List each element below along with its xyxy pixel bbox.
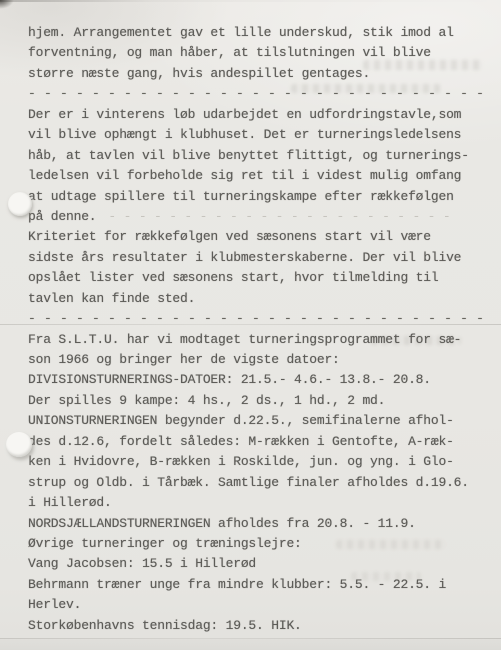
text-line: hjem. Arrangementet gav et lille undersk…: [28, 23, 493, 43]
text-line-content: hjem. Arrangementet gav et lille undersk…: [28, 25, 454, 40]
text-line: ken i Hvidovre, B-rækken i Roskilde, jun…: [28, 452, 493, 472]
text-line: på denne.- - - - - - - - - - - - - - - -…: [28, 207, 493, 227]
text-line: Kriteriet for rækkefølgen ved sæsonens s…: [28, 227, 493, 247]
text-line: DIVISIONSTURNERINGS-DATOER: 21.5.- 4.6.-…: [28, 370, 493, 390]
dashed-separator: - - - - - - - - - - - - - - - - - - - - …: [28, 309, 493, 329]
text-line-content: strup og Oldb. i Tårbæk. Samtlige finale…: [28, 475, 469, 490]
text-line: håb, at tavlen vil blive benyttet flitti…: [28, 146, 493, 166]
punch-hole-top: [8, 192, 32, 216]
text-line-content: forventning, og man håber, at tilslutnin…: [28, 45, 431, 60]
page-top-edge-shadow: [0, 0, 501, 2]
text-line: Øvrige turneringer og træningslejre:: [28, 534, 493, 554]
text-line-content: i Hillerød.: [28, 495, 112, 510]
text-line: son 1966 og bringer her de vigste datoer…: [28, 350, 493, 370]
punch-hole-bottom: [6, 432, 32, 457]
text-line: at udtage spillere til turneringskampe e…: [28, 187, 493, 207]
text-line-content: ledelsen vil forbeholde sig ret til i vi…: [28, 168, 461, 183]
text-line: vil blive ophængt i klubhuset. Det er tu…: [28, 125, 493, 145]
text-line: des d.12.6, fordelt således: M-rækken i …: [28, 432, 493, 452]
text-line-content: ken i Hvidovre, B-rækken i Roskilde, jun…: [28, 454, 454, 469]
text-line: sidste års resultater i klubmesterskaber…: [28, 248, 493, 268]
text-line-content: at udtage spillere til turneringskampe e…: [28, 189, 454, 204]
text-line-content: des d.12.6, fordelt således: M-rækken i …: [28, 434, 454, 449]
text-line: NORDSJÆLLANDSTURNERINGEN afholdes fra 20…: [28, 514, 493, 534]
text-line-content: Herlev.: [28, 597, 81, 612]
text-line-content: Der spilles 9 kampe: 4 hs., 2 ds., 1 hd.…: [28, 393, 385, 408]
text-line-content: Behrmann træner unge fra mindre klubber:…: [28, 577, 446, 592]
text-line: Storkøbenhavns tennisdag: 19.5. HIK.: [28, 616, 493, 636]
text-line-content: håb, at tavlen vil blive benyttet flitti…: [28, 148, 469, 163]
text-line-content: sidste års resultater i klubmesterskaber…: [28, 250, 461, 265]
text-line: Der er i vinterens løb udarbejdet en udf…: [28, 105, 493, 125]
text-line: større næste gang, hvis andespillet gent…: [28, 64, 493, 84]
text-line-content: son 1966 og bringer her de vigste datoer…: [28, 352, 340, 367]
text-line-content: Kriteriet for rækkefølgen ved sæsonens s…: [28, 229, 431, 244]
text-line: strup og Oldb. i Tårbæk. Samtlige finale…: [28, 473, 493, 493]
text-line: forventning, og man håber, at tilslutnin…: [28, 43, 493, 63]
text-line-content: opslået lister ved sæsonens start, hvor …: [28, 270, 438, 285]
typewritten-text-block: hjem. Arrangementet gav et lille undersk…: [28, 23, 493, 636]
text-line-content: DIVISIONSTURNERINGS-DATOER: 21.5.- 4.6.-…: [28, 372, 431, 387]
dashed-separator-glyphs: - - - - - - - - - - - - - - - - - - - - …: [28, 86, 484, 101]
text-line-content: Vang Jacobsen: 15.5 i Hillerød: [28, 556, 256, 571]
text-line: Der spilles 9 kampe: 4 hs., 2 ds., 1 hd.…: [28, 391, 493, 411]
text-line-content: Fra S.L.T.U. har vi modtaget turneringsp…: [28, 332, 461, 347]
text-line: Vang Jacobsen: 15.5 i Hillerød: [28, 554, 493, 574]
text-line: i Hillerød.: [28, 493, 493, 513]
text-line-content: Der er i vinterens løb udarbejdet en udf…: [28, 107, 461, 122]
text-line-content: Øvrige turneringer og træningslejre:: [28, 536, 302, 551]
faint-dashed-separator: - - - - - - - - - - - - - - - - - - - - …: [108, 209, 450, 224]
text-line: ledelsen vil forbeholde sig ret til i vi…: [28, 166, 493, 186]
text-line-content: større næste gang, hvis andespillet gent…: [28, 66, 370, 81]
corner-smudge: [0, 0, 14, 9]
text-line-content: på denne.: [28, 209, 96, 224]
paper-crease: [0, 324, 501, 325]
text-line: Behrmann træner unge fra mindre klubber:…: [28, 575, 493, 595]
dashed-separator: - - - - - - - - - - - - - - - - - - - - …: [28, 84, 493, 104]
scanned-page: hjem. Arrangementet gav et lille undersk…: [0, 0, 501, 650]
text-line-content: tavlen kan finde sted.: [28, 291, 195, 306]
text-line-content: NORDSJÆLLANDSTURNERINGEN afholdes fra 20…: [28, 516, 416, 531]
text-line-content: vil blive ophængt i klubhuset. Det er tu…: [28, 127, 461, 142]
text-line: Fra S.L.T.U. har vi modtaget turneringsp…: [28, 330, 493, 350]
text-line: tavlen kan finde sted.: [28, 289, 493, 309]
text-line: UNIONSTURNERINGEN begynder d.22.5., semi…: [28, 411, 493, 431]
text-line: opslået lister ved sæsonens start, hvor …: [28, 268, 493, 288]
page-bottom-edge: [0, 639, 501, 650]
text-line: Herlev.: [28, 595, 493, 615]
text-line-content: Storkøbenhavns tennisdag: 19.5. HIK.: [28, 618, 302, 633]
text-line-content: UNIONSTURNERINGEN begynder d.22.5., semi…: [28, 413, 454, 428]
